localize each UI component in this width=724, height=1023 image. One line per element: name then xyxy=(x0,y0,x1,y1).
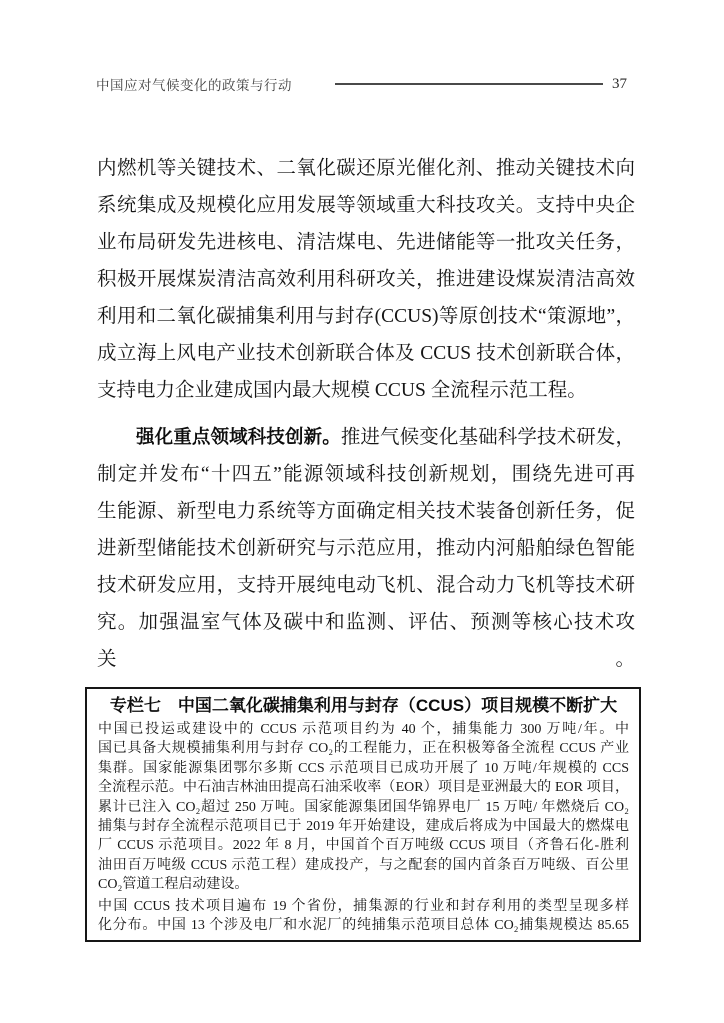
text-line: 内燃机等关键技术、二氧化碳还原光催化剂、推动关键技术向 xyxy=(97,150,635,187)
text-line: 捕集与封存全流程示范项目已于 2019 年开始建设，建成后将成为中国最大的燃煤电 xyxy=(98,817,629,836)
text-line: 中国已投运或建设中的 CCUS 示范项目约为 40 个，捕集能力 300 万吨/… xyxy=(98,720,629,739)
body-text: 内燃机等关键技术、二氧化碳还原光催化剂、推动关键技术向系统集成及规模化应用发展等… xyxy=(97,150,635,678)
text-line: 国已具备大规模捕集利用与封存 CO₂的工程能力，正在积极筹备全流程 CCUS 产… xyxy=(98,739,629,758)
document-page: 中国应对气候变化的政策与行动 37 内燃机等关键技术、二氧化碳还原光催化剂、推动… xyxy=(0,0,724,1023)
text-line: 系统集成及规模化应用发展等领域重大科技攻关。支持中央企 xyxy=(97,187,635,224)
page-header: 中国应对气候变化的政策与行动 37 xyxy=(96,74,627,94)
text-line: 油田百万吨级 CCUS 示范工程）建成投产，与之配套的国内首条百万吨级、百公里 xyxy=(98,856,629,875)
text-line: 究。加强温室气体及碳中和监测、评估、预测等核心技术攻关。 xyxy=(97,604,635,678)
paragraph-2-first-line: 强化重点领域科技创新。推进气候变化基础科学技术研发， xyxy=(97,418,635,456)
text-line: 厂 CCUS 示范项目。2022 年 8 月，中国首个百万吨级 CCUS 项目（… xyxy=(98,836,629,855)
box-paragraph-1: 中国已投运或建设中的 CCUS 示范项目约为 40 个，捕集能力 300 万吨/… xyxy=(98,720,629,895)
text-line: 累计已注入 CO₂超过 250 万吨。国家能源集团国华锦界电厂 15 万吨/ 年… xyxy=(98,798,629,817)
text-line: 进新型储能技术创新研究与示范应用，推动内河船舶绿色智能 xyxy=(97,530,635,567)
page-number: 37 xyxy=(612,76,627,93)
lead-rest-text: 推进气候变化基础科学技术研发， xyxy=(341,427,635,448)
header-rule xyxy=(335,83,603,85)
text-line: 支持电力企业建成国内最大规模 CCUS 全流程示范工程。 xyxy=(97,372,635,409)
text-line: 化分布。中国 13 个涉及电厂和水泥厂的纯捕集示范项目总体 CO₂捕集规模达 8… xyxy=(98,916,629,935)
text-line: 积极开展煤炭清洁高效利用科研攻关，推进建设煤炭清洁高效 xyxy=(97,261,635,298)
box-title: 专栏七 中国二氧化碳捕集利用与封存（CCUS）项目规模不断扩大 xyxy=(98,693,629,718)
box-paragraph-2: 中国 CCUS 技术项目遍布 19 个省份，捕集源的行业和封存利用的类型呈现多样… xyxy=(98,897,629,936)
text-line: 中国 CCUS 技术项目遍布 19 个省份，捕集源的行业和封存利用的类型呈现多样 xyxy=(98,897,629,916)
paragraph-1: 内燃机等关键技术、二氧化碳还原光催化剂、推动关键技术向系统集成及规模化应用发展等… xyxy=(97,150,635,409)
text-line: 全流程示范。中石油吉林油田提高石油采收率（EOR）项目是亚洲最大的 EOR 项目… xyxy=(98,778,629,797)
bold-lead-text: 强化重点领域科技创新。 xyxy=(136,426,341,447)
paragraph-2-rest: 制定并发布“十四五”能源领域科技创新规划，围绕先进可再生能源、新型电力系统等方面… xyxy=(97,456,635,678)
paragraph-2: 强化重点领域科技创新。推进气候变化基础科学技术研发， 制定并发布“十四五”能源领… xyxy=(97,418,635,678)
text-line: 业布局研发先进核电、清洁煤电、先进储能等一批攻关任务， xyxy=(97,224,635,261)
text-line: 利用和二氧化碳捕集利用与封存(CCUS)等原创技术“策源地”， xyxy=(97,298,635,335)
text-line: 制定并发布“十四五”能源领域科技创新规划，围绕先进可再 xyxy=(97,456,635,493)
ccus-column-box: 专栏七 中国二氧化碳捕集利用与封存（CCUS）项目规模不断扩大 中国已投运或建设… xyxy=(85,687,641,942)
header-title: 中国应对气候变化的政策与行动 xyxy=(96,74,292,94)
text-line: 技术研发应用，支持开展纯电动飞机、混合动力飞机等技术研 xyxy=(97,567,635,604)
text-line: CO₂管道工程启动建设。 xyxy=(98,875,629,894)
text-line: 集群。国家能源集团鄂尔多斯 CCS 示范项目已成功开展了 10 万吨/年规模的 … xyxy=(98,759,629,778)
text-line: 成立海上风电产业技术创新联合体及 CCUS 技术创新联合体， xyxy=(97,335,635,372)
text-line: 生能源、新型电力系统等方面确定相关技术装备创新任务，促 xyxy=(97,493,635,530)
